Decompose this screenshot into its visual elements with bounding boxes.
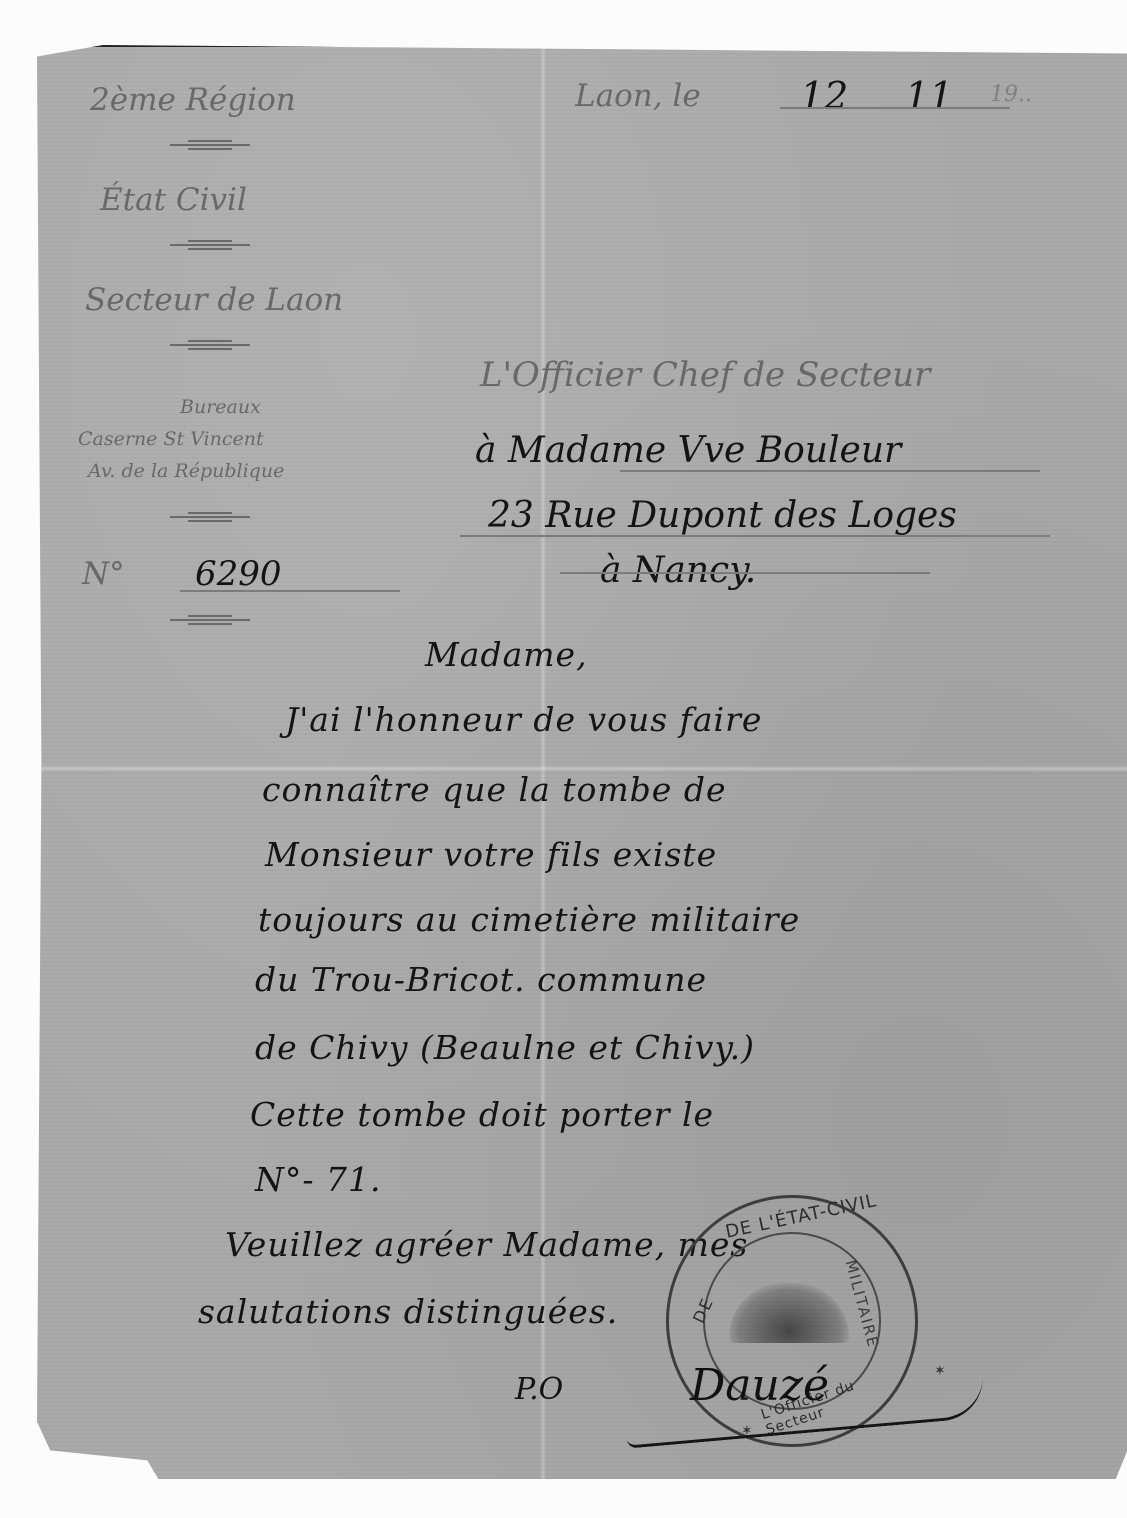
recipient-line-2: 23 Rue Dupont des Loges — [488, 495, 957, 536]
signature: Dauzé — [690, 1360, 829, 1411]
letterhead-divider — [170, 240, 250, 250]
letterhead-office-3: Av. de la République — [88, 460, 284, 482]
recipient-underline-2 — [460, 535, 1050, 537]
letterhead-office-2: Caserne St Vincent — [78, 428, 264, 450]
letterhead-service: État Civil — [100, 182, 247, 218]
body-line-7: Cette tombe doit porter le — [250, 1095, 714, 1134]
letterhead-divider — [170, 340, 250, 350]
letterhead-sector: Secteur de Laon — [85, 282, 343, 318]
letterhead-number-label: N° — [82, 556, 125, 592]
body-line-1: J'ai l'honneur de vous faire — [285, 700, 762, 739]
star-icon: ✶ — [934, 1363, 946, 1379]
recipient-line-3: à Nancy. — [600, 550, 756, 591]
dateline-place: Laon, le — [575, 78, 701, 114]
recipient-line-1: à Madame Vve Bouleur — [475, 430, 901, 471]
sender-title: L'Officier Chef de Secteur — [480, 355, 930, 395]
per-order-mark: P.O — [515, 1372, 563, 1407]
letterhead-office-1: Bureaux — [180, 396, 261, 418]
letterhead-number-value: 6290 — [195, 554, 282, 594]
body-line-4: toujours au cimetière militaire — [258, 900, 800, 939]
letterhead-divider — [170, 140, 250, 150]
recipient-underline-1 — [620, 470, 1040, 472]
body-line-3: Monsieur votre fils existe — [265, 835, 717, 874]
salutation: Madame, — [425, 635, 588, 674]
recipient-underline-3 — [560, 572, 930, 574]
letterhead-divider — [170, 512, 250, 522]
body-line-9: Veuillez agréer Madame, mes — [225, 1225, 748, 1264]
body-line-5: du Trou-Bricot. commune — [255, 960, 707, 999]
body-line-2: connaître que la tombe de — [262, 770, 726, 809]
vertical-fold — [540, 47, 546, 1479]
letterhead-region: 2ème Région — [90, 82, 296, 118]
body-line-10: salutations distinguées. — [198, 1292, 618, 1331]
date-underline — [780, 107, 1010, 109]
body-line-6: de Chivy (Beaulne et Chivy.) — [255, 1028, 755, 1067]
dateline-day: 12 — [800, 74, 848, 118]
body-line-8: N°- 71. — [255, 1160, 382, 1199]
dateline-year: 19.. — [990, 82, 1032, 107]
dateline-month: 11 — [905, 74, 953, 118]
letterhead-divider — [170, 615, 250, 625]
number-underline — [180, 590, 400, 592]
